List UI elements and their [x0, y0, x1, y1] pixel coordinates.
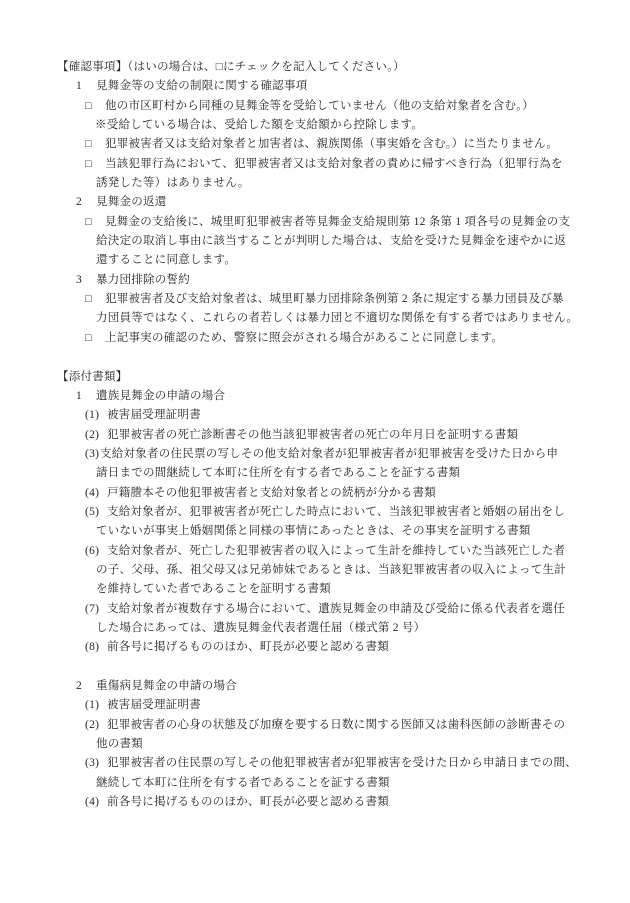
checkbox-icon[interactable]: □: [85, 329, 105, 348]
item-text: 支給対象者の住民票の写しその他支給対象者が犯罪被害者が犯罪被害を受けた日から申: [100, 448, 558, 460]
item-number: (4): [85, 484, 107, 503]
item-number: (5): [85, 503, 107, 522]
item-text-wrap: 継続して本町に住所を有する者であることを証する書類: [0, 774, 630, 793]
confirmation-checkbox-row: □他の市区町村から同種の見舞金等を受給していません（他の支給対象者を含む。）: [0, 97, 630, 116]
confirmation-checkbox-row: □犯罪被害者及び支給対象者は、城里町暴力団排除条例第 2 条に規定する暴力団員及…: [0, 290, 630, 309]
confirmation-checkbox-row: □上記事実の確認のため、警察に照会がされる場合があることに同意します。: [0, 329, 630, 348]
item-text-wrap: 請日までの間継続して本町に住所を有する者であることを証する書類: [0, 464, 630, 483]
item-number: (7): [85, 600, 107, 619]
section-number: 3: [76, 271, 96, 290]
document-page: 【確認事項】（はいの場合は、□にチェックを記入してください。） 1見舞金等の支給…: [0, 0, 630, 903]
checkbox-item-text-wrap: 誘発した等）はありません。: [0, 174, 630, 193]
confirmation-checkbox-row: □見舞金の支給後に、城里町犯罪被害者等見舞金支給規則第 12 条第 1 項各号の…: [0, 213, 630, 232]
item-text: 前各号に掲げるもののほか、町長が必要と認める書類: [107, 641, 389, 653]
checkbox-icon[interactable]: □: [85, 290, 105, 309]
confirmation-section-2-title: 2見舞金の返還: [0, 193, 630, 212]
item-text: 犯罪被害者の心身の状態及び加療を要する日数に関する医師又は歯科医師の診断書その: [107, 719, 565, 731]
item-text-wrap: 他の書類: [0, 735, 630, 754]
attachment-item: (3)犯罪被害者の住民票の写しその他犯罪被害者が犯罪被害を受けた日から申請日まで…: [0, 754, 630, 773]
attachments-heading: 【添付書類】: [0, 368, 630, 387]
checkbox-icon[interactable]: □: [85, 213, 105, 232]
item-text: 支給対象者が複数存する場合において、遺族見舞金の申請及び受給に係る代表者を選任: [107, 603, 565, 615]
attachments-section-2-title: 2重傷病見舞金の申請の場合: [0, 677, 630, 696]
confirmation-heading: 【確認事項】（はいの場合は、□にチェックを記入してください。）: [0, 58, 630, 77]
section-number: 2: [76, 193, 96, 212]
item-text: 支給対象者が、犯罪被害者が死亡した時点において、当該犯罪被害者と婚姻の届出をし: [107, 506, 565, 518]
section-number: 2: [76, 677, 96, 696]
checkbox-item-text-wrap: 還することに同意します。: [0, 251, 630, 270]
section-title: 見舞金の返還: [96, 196, 167, 208]
item-text: 犯罪被害者の住民票の写しその他犯罪被害者が犯罪被害を受けた日から申請日までの間、: [107, 757, 577, 769]
attachment-item: (2)犯罪被害者の死亡診断書その他当該犯罪被害者の死亡の年月日を証明する書類: [0, 426, 630, 445]
attachment-item: (4)戸籍謄本その他犯罪被害者と支給対象者との続柄が分かる書類: [0, 484, 630, 503]
item-number: (3): [85, 754, 107, 773]
item-text: 被害届受理証明書: [107, 409, 201, 421]
attachment-item: (3)支給対象者の住民票の写しその他支給対象者が犯罪被害者が犯罪被害を受けた日か…: [0, 445, 630, 464]
attachment-item: (2)犯罪被害者の心身の状態及び加療を要する日数に関する医師又は歯科医師の診断書…: [0, 716, 630, 735]
item-text: 戸籍謄本その他犯罪被害者と支給対象者との続柄が分かる書類: [107, 487, 436, 499]
checkbox-item-text-wrap: 力団員等ではなく、これらの者若しくは暴力団と不適切な関係を有する者ではありません…: [0, 309, 630, 328]
checkbox-item-text: 犯罪被害者及び支給対象者は、城里町暴力団排除条例第 2 条に規定する暴力団員及び…: [105, 293, 564, 305]
section-number: 1: [76, 387, 96, 406]
item-text: 前各号に掲げるもののほか、町長が必要と認める書類: [107, 796, 389, 808]
confirmation-note: ※受給している場合は、受給した額を支給額から控除します。: [0, 116, 630, 135]
section-title: 見舞金等の支給の制限に関する確認事項: [96, 80, 308, 92]
checkbox-item-text: 上記事実の確認のため、警察に照会がされる場合があることに同意します。: [105, 332, 503, 344]
attachments-section-1-title: 1遺族見舞金の申請の場合: [0, 387, 630, 406]
checkbox-item-text: 他の市区町村から同種の見舞金等を受給していません（他の支給対象者を含む。）: [105, 100, 534, 112]
checkbox-item-text: 見舞金の支給後に、城里町犯罪被害者等見舞金支給規則第 12 条第 1 項各号の見…: [105, 216, 570, 228]
section-title: 暴力団排除の誓約: [96, 274, 190, 286]
confirmation-section-3-title: 3暴力団排除の誓約: [0, 271, 630, 290]
section-title: 遺族見舞金の申請の場合: [96, 390, 225, 402]
item-text: 被害届受理証明書: [107, 699, 201, 711]
item-number: (3): [85, 445, 100, 464]
confirmation-checkbox-row: □犯罪被害者又は支給対象者と加害者は、親族関係（事実婚を含む。）に当たりません。: [0, 135, 630, 154]
item-number: (8): [85, 638, 107, 657]
attachment-item: (8)前各号に掲げるもののほか、町長が必要と認める書類: [0, 638, 630, 657]
checkbox-item-text: 当該犯罪行為において、犯罪被害者又は支給対象者の責めに帰すべき行為（犯罪行為を: [105, 158, 563, 170]
item-text-wrap: した場合にあっては、遺族見舞金代表者選任届（様式第 2 号）: [0, 619, 630, 638]
item-number: (2): [85, 716, 107, 735]
item-text-wrap: ていないが事実上婚姻関係と同様の事情にあったときは、その事実を証明する書類: [0, 522, 630, 541]
item-text: 犯罪被害者の死亡診断書その他当該犯罪被害者の死亡の年月日を証明する書類: [107, 429, 518, 441]
item-number: (4): [85, 793, 107, 812]
attachment-item: (1)被害届受理証明書: [0, 696, 630, 715]
item-number: (1): [85, 696, 107, 715]
section-number: 1: [76, 77, 96, 96]
checkbox-icon[interactable]: □: [85, 135, 105, 154]
item-text-wrap: の子、父母、孫、祖父母又は兄弟姉妹であるときは、当該犯罪被害者の収入によって生計: [0, 561, 630, 580]
attachment-item: (4)前各号に掲げるもののほか、町長が必要と認める書類: [0, 793, 630, 812]
attachment-item: (6)支給対象者が、死亡した犯罪被害者の収入によって生計を維持していた当該死亡し…: [0, 542, 630, 561]
section-title: 重傷病見舞金の申請の場合: [96, 680, 237, 692]
attachment-item: (7)支給対象者が複数存する場合において、遺族見舞金の申請及び受給に係る代表者を…: [0, 600, 630, 619]
checkbox-icon[interactable]: □: [85, 155, 105, 174]
checkbox-item-text: 犯罪被害者又は支給対象者と加害者は、親族関係（事実婚を含む。）に当たりません。: [105, 138, 558, 150]
attachment-item: (1)被害届受理証明書: [0, 406, 630, 425]
item-number: (1): [85, 406, 107, 425]
item-text: 支給対象者が、死亡した犯罪被害者の収入によって生計を維持していた当該死亡した者: [107, 545, 565, 557]
item-text-wrap: を維持していた者であることを証明する書類: [0, 580, 630, 599]
item-number: (6): [85, 542, 107, 561]
confirmation-section-1-title: 1見舞金等の支給の制限に関する確認事項: [0, 77, 630, 96]
checkbox-item-text-wrap: 給決定の取消し事由に該当することが判明した場合は、支給を受けた見舞金を速やかに返: [0, 232, 630, 251]
attachment-item: (5)支給対象者が、犯罪被害者が死亡した時点において、当該犯罪被害者と婚姻の届出…: [0, 503, 630, 522]
confirmation-checkbox-row: □当該犯罪行為において、犯罪被害者又は支給対象者の責めに帰すべき行為（犯罪行為を: [0, 155, 630, 174]
checkbox-icon[interactable]: □: [85, 97, 105, 116]
item-number: (2): [85, 426, 107, 445]
